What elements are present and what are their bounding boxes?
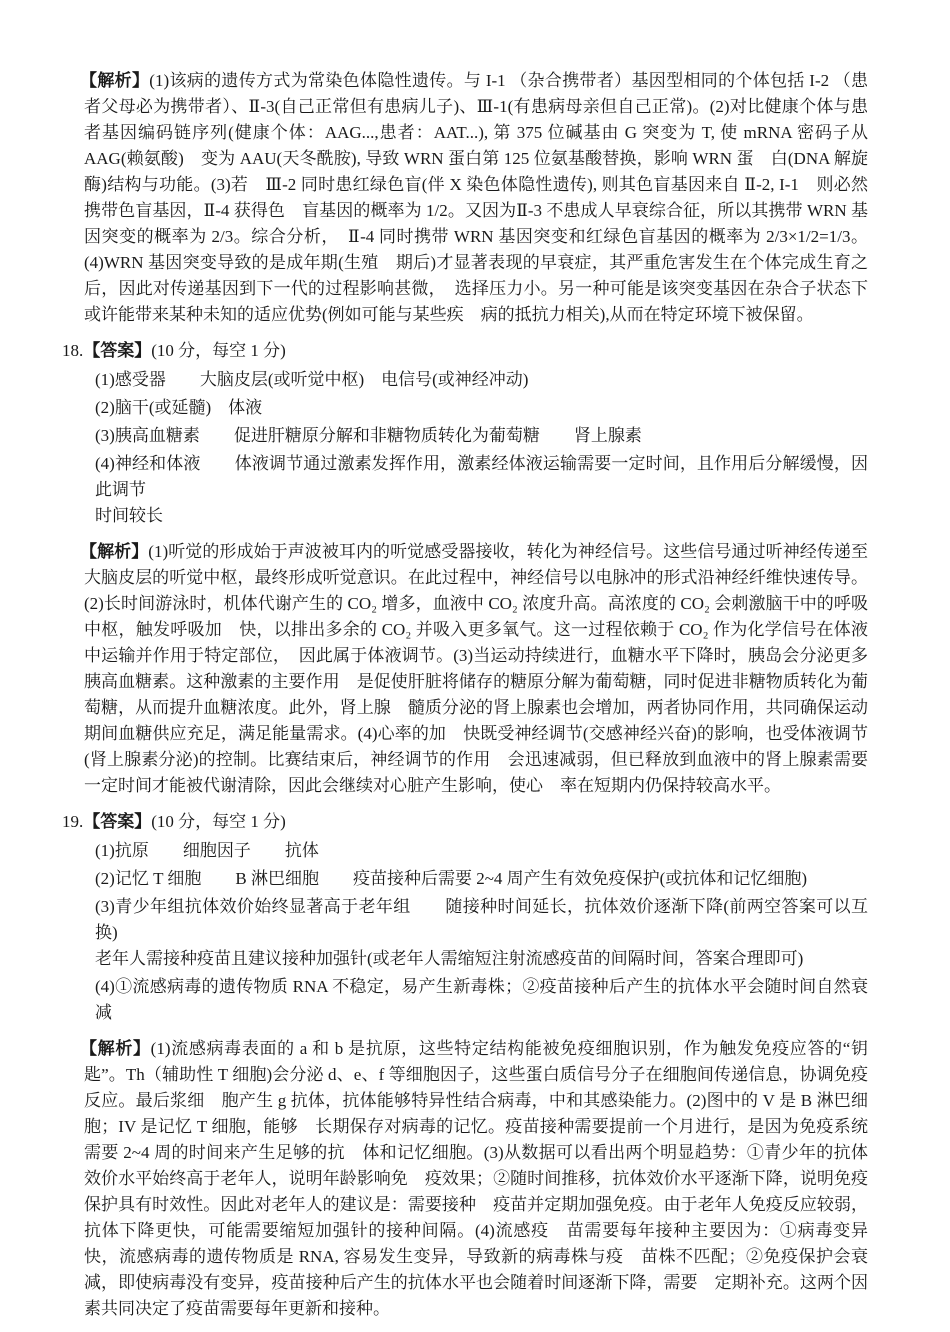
q18-answer-item-4: (4)神经和体液 体液调节通过激素发挥作用，激素经体液运输需要一定时间，且作用后…	[95, 451, 868, 529]
q18-answer-item-1: (1)感受器 大脑皮层(或听觉中枢) 电信号(或神经冲动)	[95, 367, 868, 393]
q17-analysis-label: 【解析】	[80, 71, 149, 90]
q17-analysis-text: (1)该病的遗传方式为常染色体隐性遗传。与 I-1 （杂合携带者）基因型相同的个…	[84, 71, 868, 324]
q18-answer-item-3: (3)胰高血糖素 促进肝糖原分解和非糖物质转化为葡萄糖 肾上腺素	[95, 423, 868, 449]
document-page: 【解析】(1)该病的遗传方式为常染色体隐性遗传。与 I-1 （杂合携带者）基因型…	[0, 0, 950, 1332]
q19-answer-label: 【答案】	[83, 812, 151, 831]
q19-number: 19.	[62, 812, 83, 831]
q19-answer-item-1: (1)抗原 细胞因子 抗体	[95, 838, 868, 864]
q19-analysis-paragraph: 【解析】(1)流感病毒表面的 a 和 b 是抗原，这些特定结构能被免疫细胞识别，…	[84, 1036, 868, 1322]
q18-answer-heading: 18.【答案】(10 分，每空 1 分)	[84, 338, 868, 364]
q19-answer-item-2: (2)记忆 T 细胞 B 淋巴细胞 疫苗接种后需要 2~4 周产生有效免疫保护(…	[95, 866, 868, 892]
q18-analysis-text: (1)听觉的形成始于声波被耳内的听觉感受器接收，转化为神经信号。这些信号通过听神…	[84, 542, 868, 795]
q17-analysis-paragraph: 【解析】(1)该病的遗传方式为常染色体隐性遗传。与 I-1 （杂合携带者）基因型…	[84, 68, 868, 328]
q18-analysis-label: 【解析】	[80, 542, 148, 561]
q19-analysis-label: 【解析】	[80, 1039, 151, 1058]
q19-answer-item-3: (3)青少年组抗体效价始终显著高于老年组 随接种时间延长，抗体效价逐渐下降(前两…	[95, 894, 868, 972]
q18-answer-item-2: (2)脑干(或延髓) 体液	[95, 395, 868, 421]
q18-answer-note: (10 分，每空 1 分)	[151, 341, 286, 360]
q19-answer-note: (10 分，每空 1 分)	[151, 812, 286, 831]
q18-number: 18.	[62, 341, 83, 360]
question-18: 18.【答案】(10 分，每空 1 分) (1)感受器 大脑皮层(或听觉中枢) …	[62, 338, 868, 799]
q19-analysis-text: (1)流感病毒表面的 a 和 b 是抗原，这些特定结构能被免疫细胞识别，作为触发…	[84, 1039, 868, 1318]
q18-answer-label: 【答案】	[83, 341, 151, 360]
q19-answer-item-4: (4)①流感病毒的遗传物质 RNA 不稳定，易产生新毒株；②疫苗接种后产生的抗体…	[95, 974, 868, 1026]
q19-answer-heading: 19.【答案】(10 分，每空 1 分)	[84, 809, 868, 835]
question-19: 19.【答案】(10 分，每空 1 分) (1)抗原 细胞因子 抗体 (2)记忆…	[62, 809, 868, 1322]
q18-analysis-paragraph: 【解析】(1)听觉的形成始于声波被耳内的听觉感受器接收，转化为神经信号。这些信号…	[84, 539, 868, 799]
